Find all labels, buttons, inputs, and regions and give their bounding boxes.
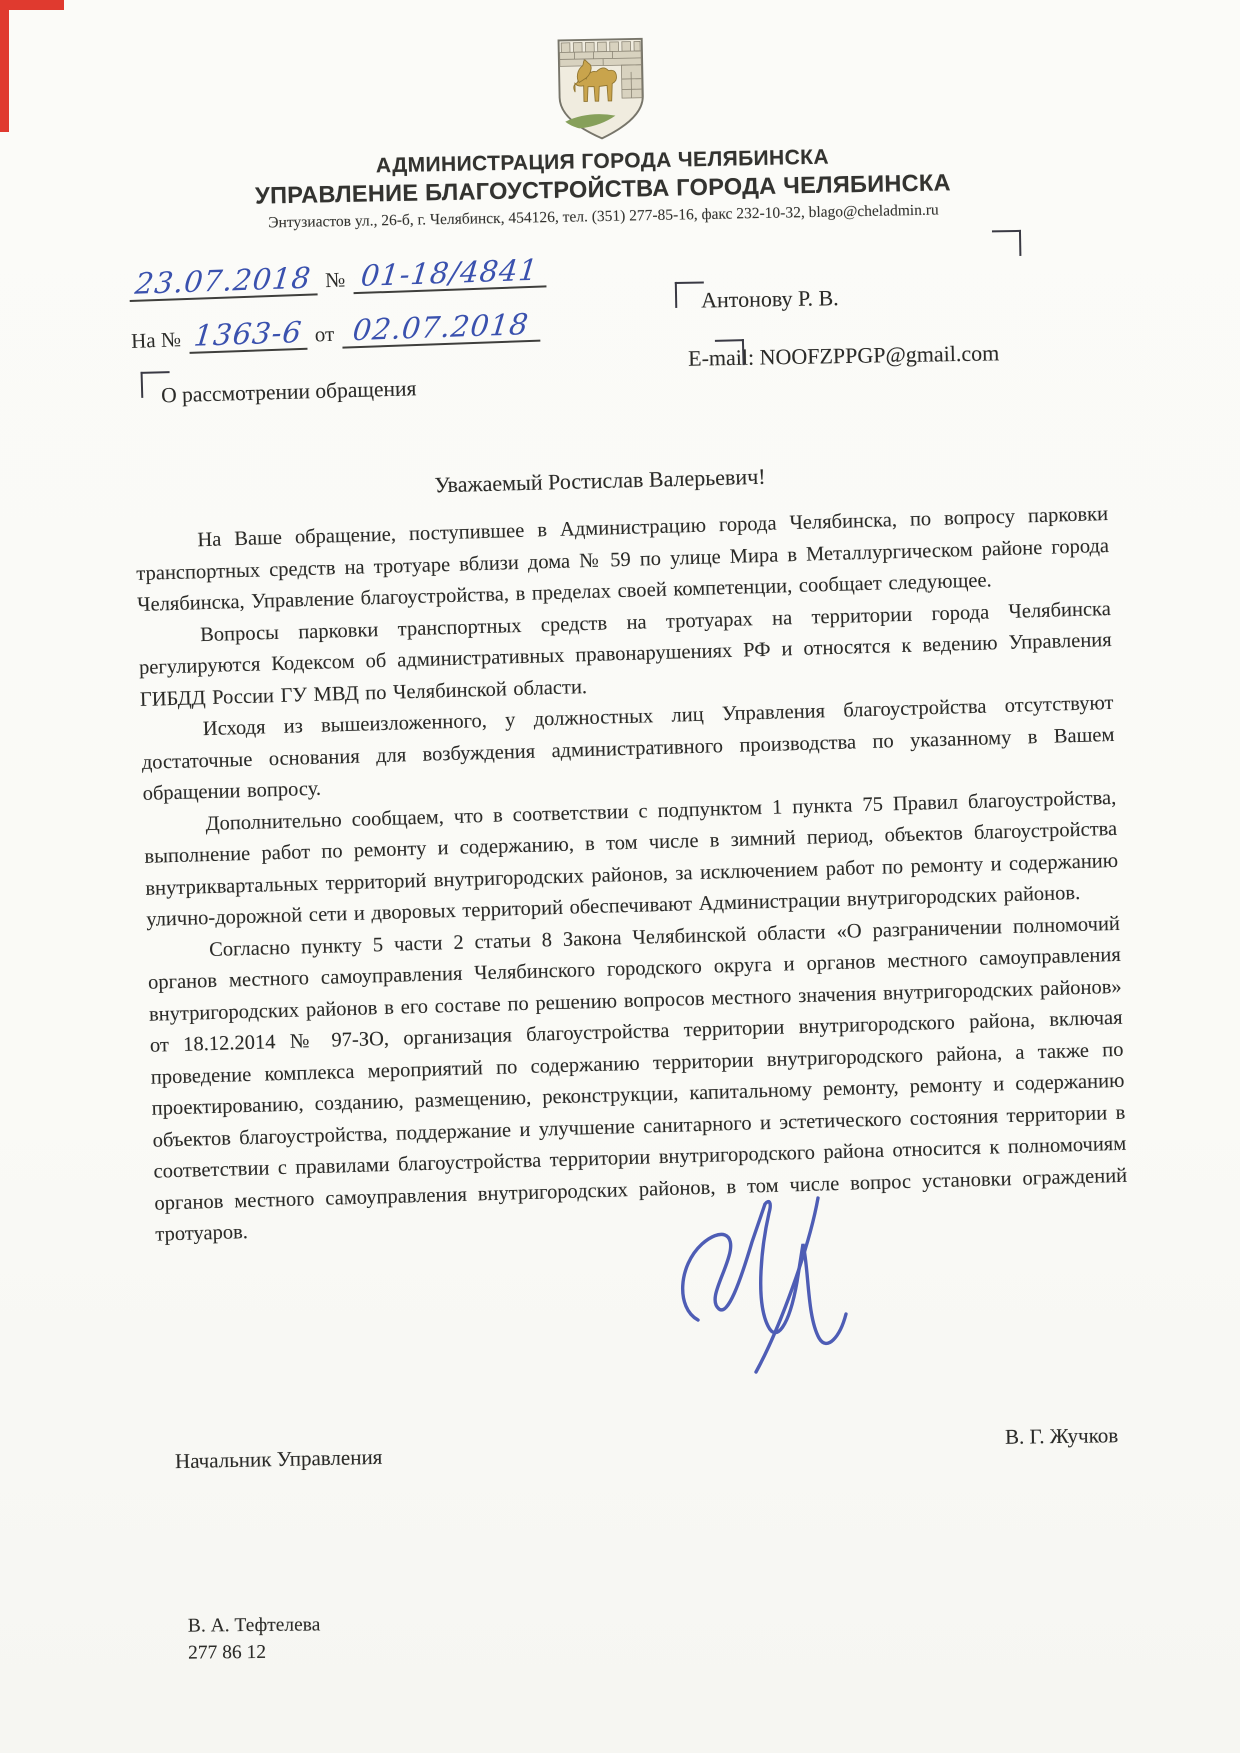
corner-bracket-top-right-icon (992, 230, 1021, 257)
signer-position-title: Начальник Управления (175, 1445, 383, 1474)
incoming-date-field: 02.07.2018 (342, 310, 541, 349)
scanned-letter-page: АДМИНИСТРАЦИЯ ГОРОДА ЧЕЛЯБИНСКА УПРАВЛЕН… (0, 0, 1240, 1753)
incoming-from-label: от (306, 322, 342, 350)
handwritten-signature-icon (668, 1186, 864, 1382)
body-paragraph: Согласно пункту 5 части 2 статьи 8 Закон… (147, 908, 1129, 1251)
executor-name: В. А. Тефтелева (188, 1611, 321, 1639)
incoming-number-handwriting: 1363-6 (192, 318, 303, 351)
recipient-block: Антонову Р. В. E-mail: NOOFZPPGP@gmail.c… (672, 228, 1102, 236)
subject-line: О рассмотрении обращения (161, 376, 417, 408)
letter-body: На Ваше обращение, поступившее в Админис… (135, 499, 1128, 1251)
reference-block: 23.07.2018 № 01-18/4841 На № 1363-6 от 0… (128, 237, 571, 356)
incoming-date-handwriting: 02.07.2018 (352, 310, 531, 345)
outgoing-number-handwriting: 01-18/4841 (359, 256, 539, 291)
letterhead: АДМИНИСТРАЦИЯ ГОРОДА ЧЕЛЯБИНСКА УПРАВЛЕН… (10, 23, 1193, 238)
recipient-name: Антонову Р. В. (701, 285, 839, 313)
executor-phone: 277 86 12 (188, 1638, 321, 1666)
incoming-label: На № (131, 327, 190, 356)
outgoing-date-handwriting: 23.07.2018 (134, 264, 313, 299)
incoming-number-field: 1363-6 (188, 318, 307, 354)
number-sign-label: № (317, 267, 354, 295)
chelyabinsk-coat-of-arms-icon (548, 33, 654, 145)
scan-edge-artifact-left (0, 0, 9, 132)
executor-block: В. А. Тефтелева 277 86 12 (188, 1611, 321, 1666)
incoming-reference-row: На № 1363-6 от 02.07.2018 (130, 291, 571, 356)
signer-name: В. Г. Жучков (1005, 1423, 1119, 1450)
scan-edge-artifact-top (0, 0, 64, 10)
outgoing-number-field: 01-18/4841 (353, 255, 547, 294)
outgoing-date-field: 23.07.2018 (129, 263, 318, 302)
corner-bracket-subject-right-icon (715, 339, 745, 366)
corner-bracket-recipient-icon (675, 281, 704, 308)
